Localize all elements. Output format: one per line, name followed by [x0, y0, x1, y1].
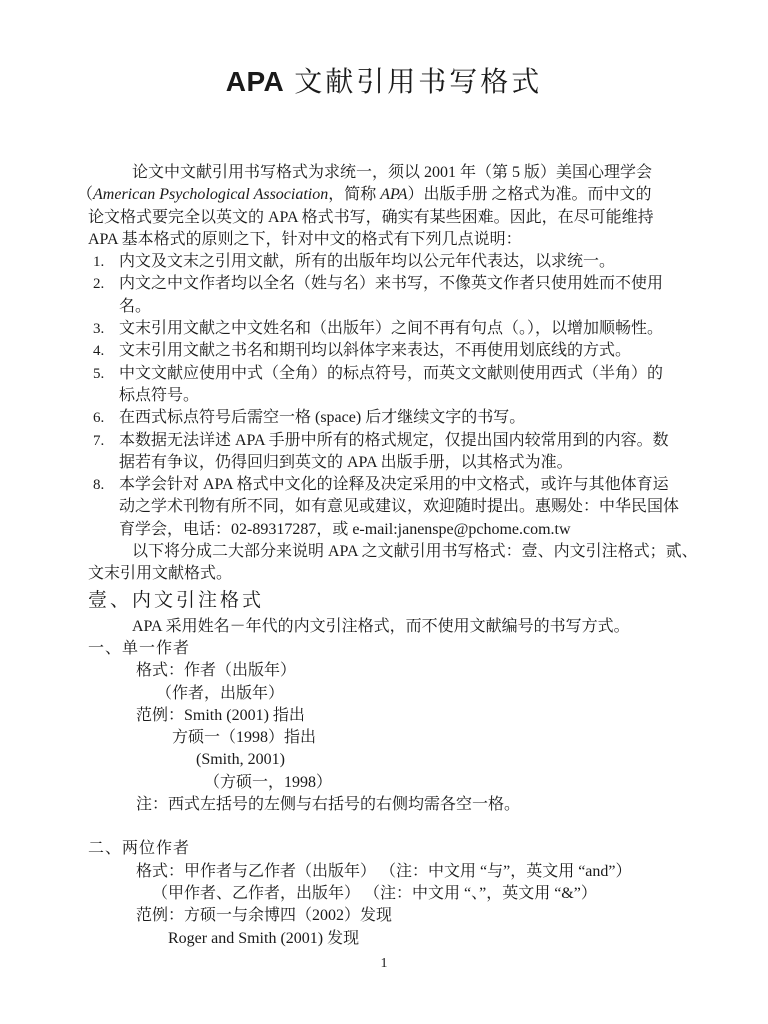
list-item-line: 动之学术刊物有所不同，如有意见或建议，欢迎随时提出。惠赐处：中华民国体 [119, 496, 696, 518]
format-line: （作者，出版年） [88, 683, 696, 705]
list-item: 1. 内文及文末之引用文献，所有的出版年均以公元年代表达，以求统一。 [88, 251, 696, 273]
list-item-number: 8. [93, 474, 119, 541]
intro-line-1: 论文中文献引用书写格式为求统一，须以 2001 年（第 5 版）美国心理学会 [88, 162, 696, 184]
list-item-line: 中文文献应使用中式（全角）的标点符号，而英文文献则使用西式（半角）的 [119, 363, 696, 385]
list-item: 8. 本学会针对 APA 格式中文化的诠释及决定采用的中文格式，或许与其他体育运… [88, 474, 696, 541]
list-item: 5. 中文文献应使用中式（全角）的标点符号，而英文文献则使用西式（半角）的 标点… [88, 363, 696, 408]
list-item-line: 在西式标点符号后需空一格 (space) 后才继续文字的书写。 [119, 407, 696, 429]
intro-line-2-open: （ [77, 186, 93, 203]
list-item-line: 内文之中文作者均以全名（姓与名）来书写，不像英文作者只使用姓而不使用 [119, 273, 696, 295]
list-item-line: 文末引用文献之中文姓名和（出版年）之间不再有句点（。），以增加顺畅性。 [119, 318, 696, 340]
document-body: 论文中文献引用书写格式为求统一，须以 2001 年（第 5 版）美国心理学会 （… [88, 162, 696, 950]
list-item-number: 3. [93, 318, 119, 340]
closing-line-1: 以下将分成二大部分来说明 APA 之文献引用书写格式：壹、内文引注格式；贰、 [88, 541, 696, 563]
format-line: 格式：甲作者与乙作者（出版年） （注：中文用 “与”，英文用 “and”） [88, 861, 696, 883]
note-line: 注：西式左括号的左侧与右括号的右侧均需各空一格。 [88, 794, 696, 816]
section-heading-part1: 壹、内文引注格式 [88, 586, 696, 616]
list-item-line: 本学会针对 APA 格式中文化的诠释及决定采用的中文格式，或许与其他体育运 [119, 474, 696, 496]
example-line: Roger and Smith (2001) 发现 [88, 928, 696, 950]
list-item-line: 本数据无法详述 APA 手册中所有的格式规定，仅提出国内较常用到的内容。数 [119, 430, 696, 452]
list-item-number: 5. [93, 363, 119, 408]
closing-paragraph: 以下将分成二大部分来说明 APA 之文献引用书写格式：壹、内文引注格式；贰、 文… [88, 541, 696, 586]
closing-line-2: 文末引用文献格式。 [88, 563, 696, 585]
intro-line-4: APA 基本格式的原则之下，针对中文的格式有下列几点说明： [88, 229, 696, 251]
intro-line-2-italic-association: American Psychological Association [93, 186, 328, 203]
list-item-number: 4. [93, 340, 119, 362]
example-line: 范例：Smith (2001) 指出 [88, 705, 696, 727]
intro-line-3: 论文格式要完全以英文的 APA 格式书写，确实有某些困难。因此，在尽可能维持 [88, 207, 696, 229]
list-item-number: 6. [93, 407, 119, 429]
subsection-heading-single-author: 一、单一作者 [88, 638, 696, 660]
list-item: 4. 文末引用文献之书名和期刊均以斜体字来表达，不再使用划底线的方式。 [88, 340, 696, 362]
single-author-block: 格式：作者（出版年） （作者，出版年） 范例：Smith (2001) 指出 方… [88, 660, 696, 816]
list-item: 6. 在西式标点符号后需空一格 (space) 后才继续文字的书写。 [88, 407, 696, 429]
example-line: (Smith, 2001) [88, 749, 696, 771]
example-line: （方硕一，1998） [88, 772, 696, 794]
example-line: 方硕一（1998）指出 [88, 727, 696, 749]
two-authors-block: 格式：甲作者与乙作者（出版年） （注：中文用 “与”，英文用 “and”） （甲… [88, 861, 696, 950]
intro-line-2: （American Psychological Association，简称 A… [77, 184, 696, 206]
title-chinese-text: 文献引用书写格式 [294, 67, 542, 98]
intro-line-2-mid: ，简称 [328, 186, 380, 203]
format-line: 格式：作者（出版年） [88, 660, 696, 682]
list-item-line: 文末引用文献之书名和期刊均以斜体字来表达，不再使用划底线的方式。 [119, 340, 696, 362]
section1-intro-line: APA 采用姓名－年代的内文引注格式，而不使用文献编号的书写方式。 [88, 616, 696, 638]
document-title: APA文献引用书写格式 [0, 64, 768, 105]
intro-line-2-italic-apa: APA [380, 186, 407, 203]
intro-line-2-rest: ）出版手册 之格式为准。而中文的 [408, 186, 652, 203]
intro-paragraph: 论文中文献引用书写格式为求统一，须以 2001 年（第 5 版）美国心理学会 （… [88, 162, 696, 251]
numbered-list: 1. 内文及文末之引用文献，所有的出版年均以公元年代表达，以求统一。 2. 内文… [88, 251, 696, 541]
list-item-line: 标点符号。 [119, 385, 696, 407]
example-line: 范例：方硕一与余博四（2002）发现 [88, 905, 696, 927]
list-item-line contact-line: 育学会，电话：02-89317287，或 e-mail:janenspe@pch… [119, 519, 696, 541]
list-item-number: 7. [93, 430, 119, 475]
list-item: 2. 内文之中文作者均以全名（姓与名）来书写，不像英文作者只使用姓而不使用 名。 [88, 273, 696, 318]
list-item-number: 2. [93, 273, 119, 318]
list-item-line: 据若有争议，仍得回归到英文的 APA 出版手册，以其格式为准。 [119, 452, 696, 474]
page-number: 1 [0, 955, 768, 973]
title-apa-text: APA [226, 66, 285, 97]
list-item: 7. 本数据无法详述 APA 手册中所有的格式规定，仅提出国内较常用到的内容。数… [88, 430, 696, 475]
list-item-line: 名。 [119, 296, 696, 318]
document-page: APA文献引用书写格式 论文中文献引用书写格式为求统一，须以 2001 年（第 … [0, 0, 768, 1024]
list-item-number: 1. [93, 251, 119, 273]
list-item-line: 内文及文末之引用文献，所有的出版年均以公元年代表达，以求统一。 [119, 251, 696, 273]
format-line: （甲作者、乙作者，出版年） （注：中文用 “、”，英文用 “&”） [88, 883, 696, 905]
subsection-heading-two-authors: 二、两位作者 [88, 838, 696, 860]
list-item: 3. 文末引用文献之中文姓名和（出版年）之间不再有句点（。），以增加顺畅性。 [88, 318, 696, 340]
